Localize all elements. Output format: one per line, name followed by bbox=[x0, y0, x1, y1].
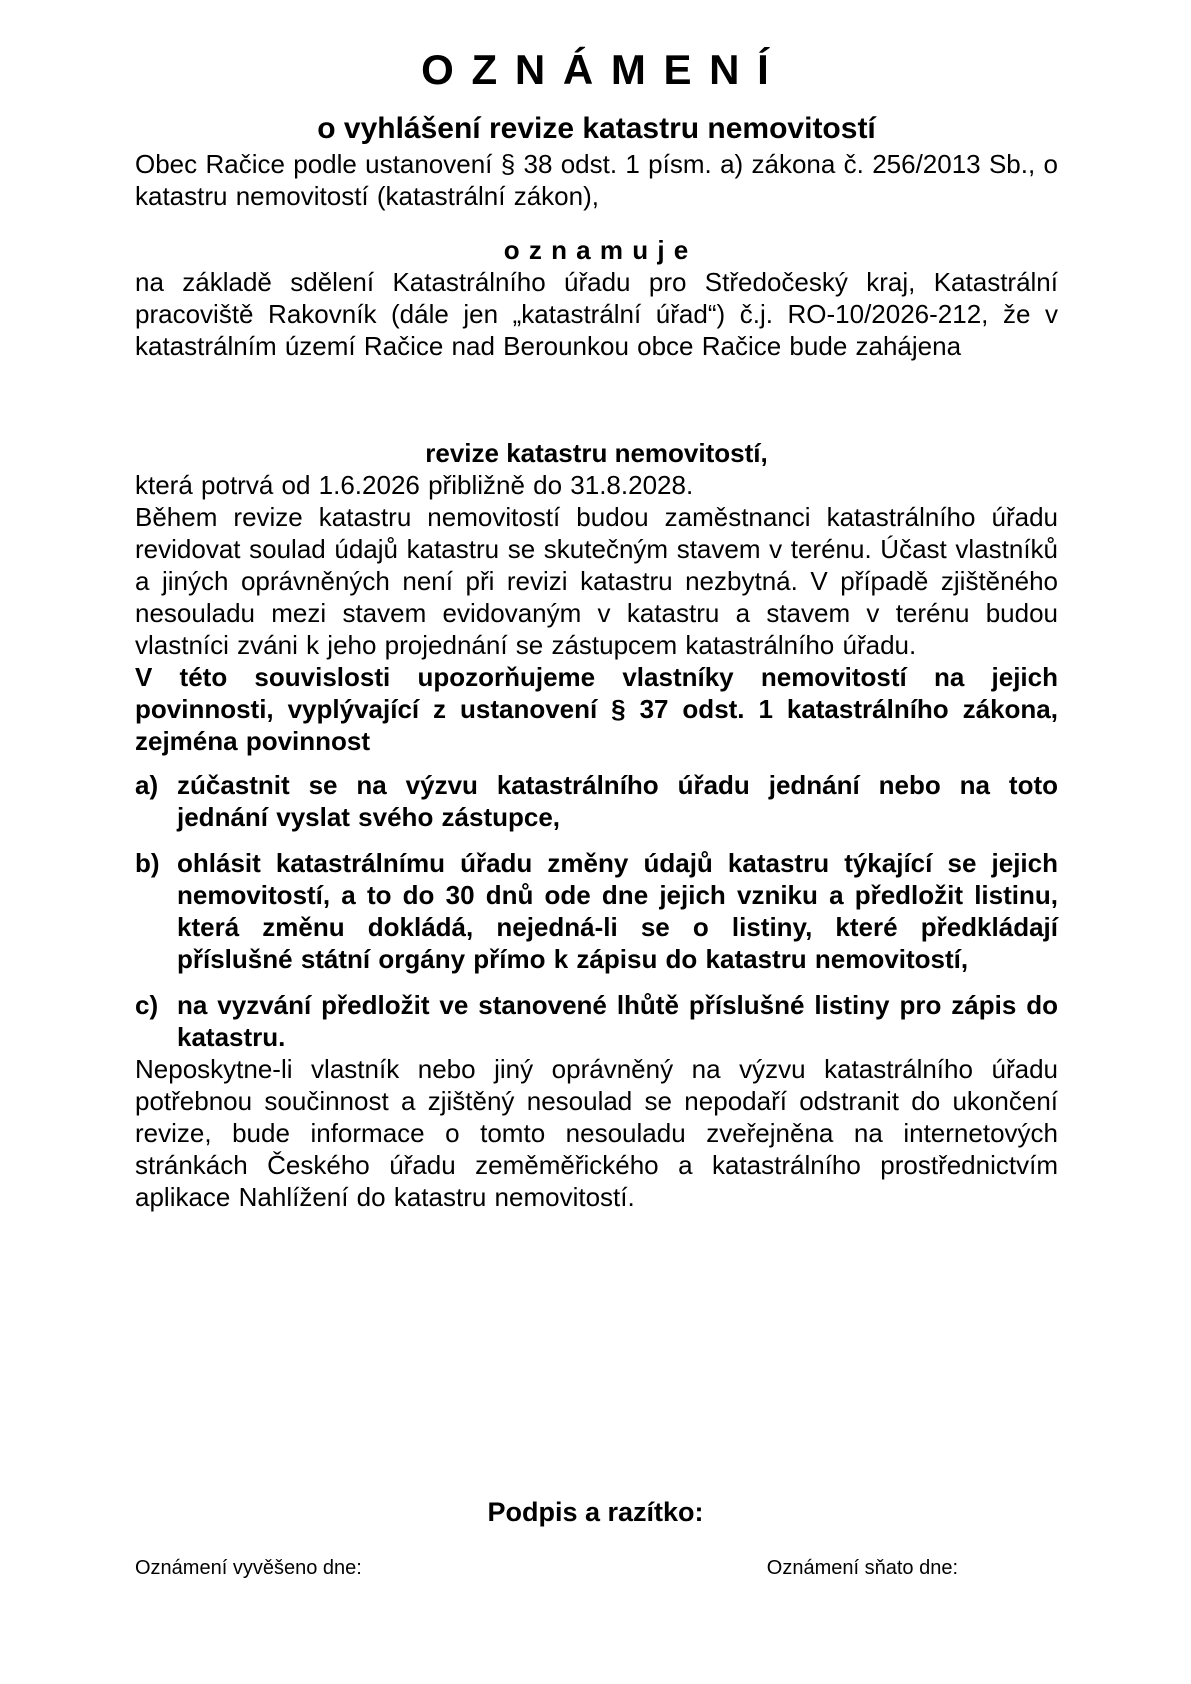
revision-duration: která potrvá od 1.6.2026 přibližně do 31… bbox=[135, 469, 1058, 501]
item-marker: c) bbox=[135, 989, 177, 1053]
revision-heading: revize katastru nemovitostí, bbox=[135, 437, 1058, 469]
footer: Oznámení vyvěšeno dne: Oznámení sňato dn… bbox=[135, 1556, 1058, 1580]
obligation-item-b: b) ohlásit katastrálnímu úřadu změny úda… bbox=[135, 847, 1058, 975]
removed-date-label: Oznámení sňato dne: bbox=[767, 1556, 958, 1580]
paragraph-revision-description: Během revize katastru nemovitostí budou … bbox=[135, 501, 1058, 661]
item-text: zúčastnit se na výzvu katastrálního úřad… bbox=[177, 769, 1058, 833]
page-title: O Z N Á M E N Í bbox=[135, 46, 1058, 94]
obligations-list: a) zúčastnit se na výzvu katastrálního ú… bbox=[135, 769, 1058, 1053]
paragraph-noncompliance: Neposkytne-li vlastník nebo jiný oprávně… bbox=[135, 1053, 1058, 1213]
page-subtitle: o vyhlášení revize katastru nemovitostí bbox=[135, 110, 1058, 148]
paragraph-basis: na základě sdělení Katastrálního úřadu p… bbox=[135, 266, 1058, 362]
notice-page: { "header": { "title": "O Z N Á M E N Í"… bbox=[0, 0, 1191, 1684]
item-marker: a) bbox=[135, 769, 177, 833]
item-text: ohlásit katastrálnímu úřadu změny údajů … bbox=[177, 847, 1058, 975]
paragraph-authority: Obec Račice podle ustanovení § 38 odst. … bbox=[135, 148, 1058, 212]
document-content: O Z N Á M E N Í o vyhlášení revize katas… bbox=[0, 0, 1191, 1213]
obligation-item-c: c) na vyzvání předložit ve stanovené lhů… bbox=[135, 989, 1058, 1053]
signature-heading: Podpis a razítko: bbox=[0, 1497, 1191, 1528]
obligation-item-a: a) zúčastnit se na výzvu katastrálního ú… bbox=[135, 769, 1058, 833]
paragraph-obligations-intro: V této souvislosti upozorňujeme vlastník… bbox=[135, 661, 1058, 757]
item-text: na vyzvání předložit ve stanovené lhůtě … bbox=[177, 989, 1058, 1053]
posted-date-label: Oznámení vyvěšeno dne: bbox=[135, 1556, 362, 1580]
item-marker: b) bbox=[135, 847, 177, 975]
announce-word: o z n a m u j e bbox=[135, 234, 1058, 266]
